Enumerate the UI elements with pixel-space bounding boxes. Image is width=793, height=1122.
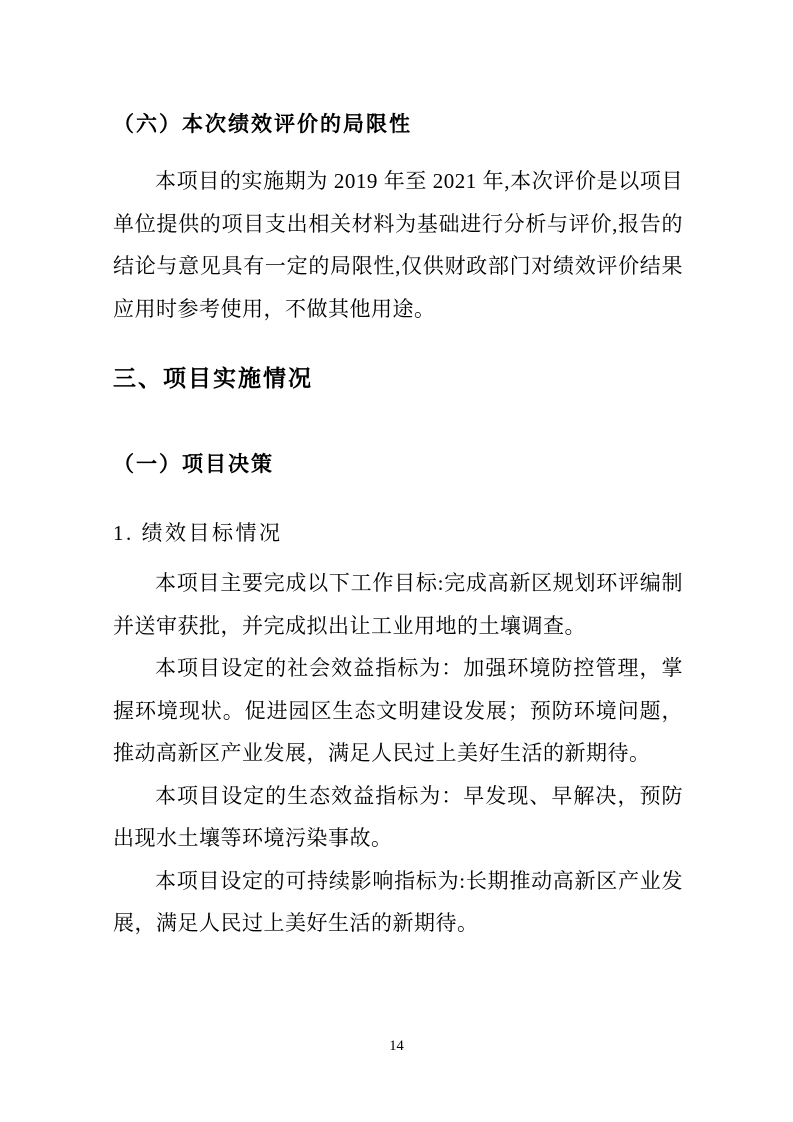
limitations-paragraph-block: 本项目的实施期为 2019 年至 2021 年,本次评价是以项目单位提供的项目支… — [113, 160, 683, 330]
body-paragraphs-block: 本项目主要完成以下工作目标:完成高新区规划环评编制并送审获批，并完成拟出让工业用… — [113, 562, 683, 945]
paragraph-social-benefit: 本项目设定的社会效益指标为：加强环境防控管理，掌握环境现状。促进园区生态文明建设… — [113, 647, 683, 775]
paragraph-eco-benefit: 本项目设定的生态效益指标为：早发现、早解决，预防出现水土壤等环境污染事故。 — [113, 775, 683, 860]
section-heading-limitations: （六）本次绩效评价的局限性 — [113, 110, 683, 138]
item-heading-performance-goal: 1. 绩效目标情况 — [113, 519, 683, 547]
page-number: 14 — [0, 1038, 793, 1055]
paragraph-work-goal: 本项目主要完成以下工作目标:完成高新区规划环评编制并送审获批，并完成拟出让工业用… — [113, 562, 683, 647]
document-page: （六）本次绩效评价的局限性 本项目的实施期为 2019 年至 2021 年,本次… — [0, 0, 793, 1122]
subsection-heading-project-decision: （一）项目决策 — [113, 450, 683, 478]
chapter-heading-project-implementation: 三、项目实施情况 — [113, 363, 683, 393]
paragraph-limitations: 本项目的实施期为 2019 年至 2021 年,本次评价是以项目单位提供的项目支… — [113, 160, 683, 330]
paragraph-sustainability: 本项目设定的可持续影响指标为:长期推动高新区产业发展，满足人民过上美好生活的新期… — [113, 860, 683, 945]
